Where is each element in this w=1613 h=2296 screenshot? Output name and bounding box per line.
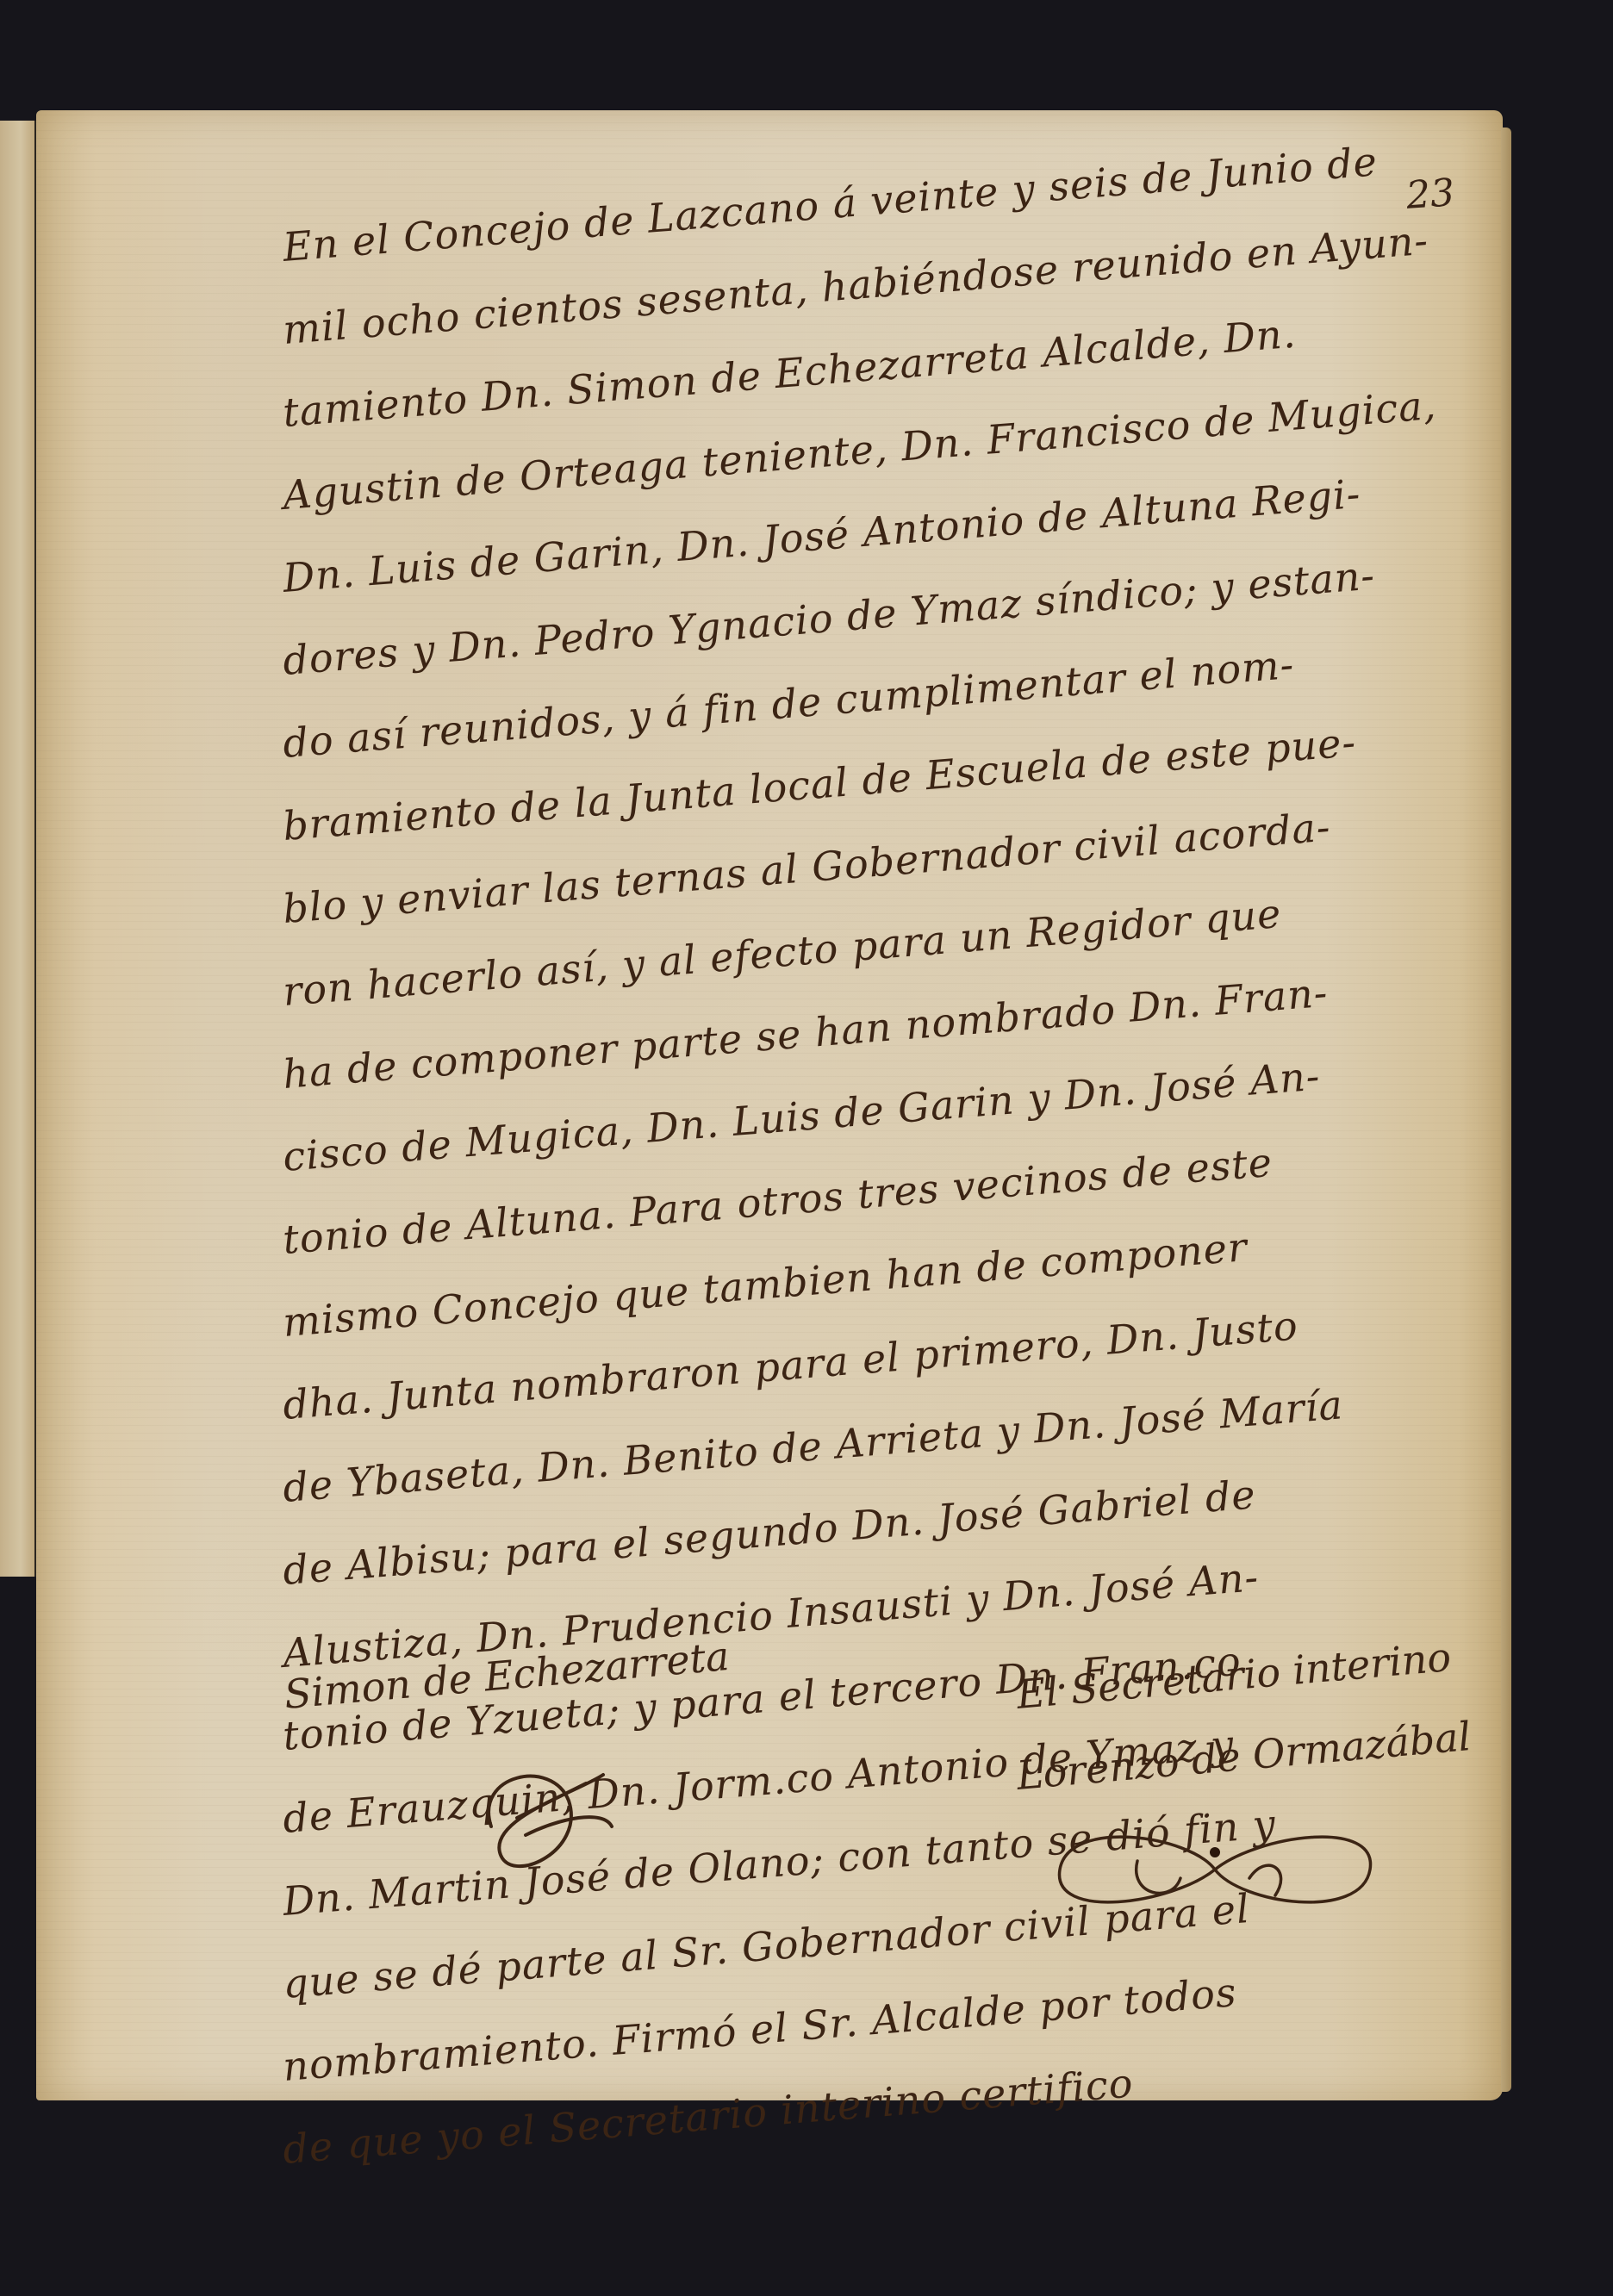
facing-page-edge [0, 121, 37, 1577]
signature-name: Lorenzo de Ormazábal [1015, 1710, 1500, 1799]
signature-flourish-icon [1034, 1801, 1396, 1930]
signature-block: Simon de Echezarreta El Secretario inter… [258, 1637, 1482, 1964]
signature-name: Simon de Echezarreta [283, 1629, 768, 1718]
page-edge [1501, 128, 1511, 2092]
signature-title: El Secretario interino [1015, 1629, 1500, 1718]
signature-secretario: El Secretario interino Lorenzo de Ormazá… [1017, 1671, 1499, 1799]
signature-flourish-icon [457, 1723, 646, 1895]
signature-alcalde: Simon de Echezarreta [284, 1671, 767, 1718]
